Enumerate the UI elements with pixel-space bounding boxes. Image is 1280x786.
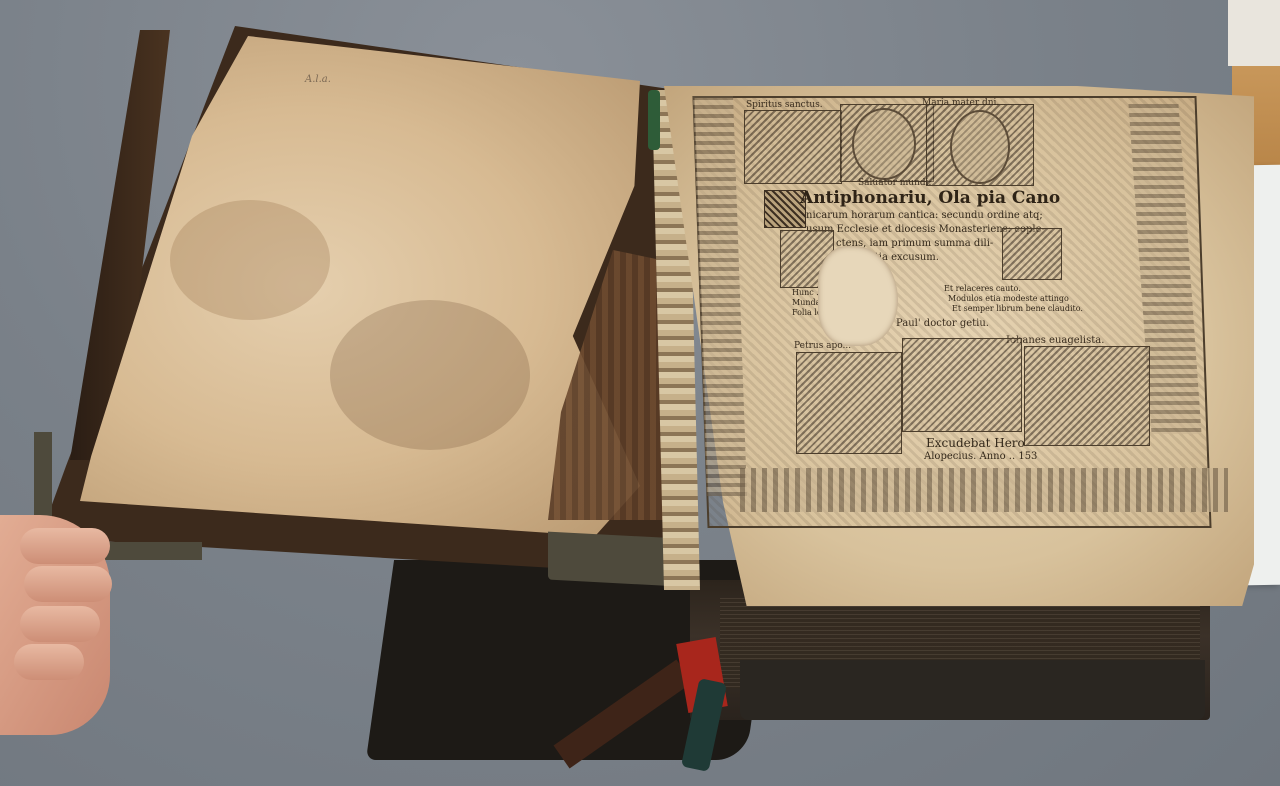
finger-little: [14, 644, 84, 680]
finger-ring: [20, 606, 100, 642]
handwritten-note: A.l.a.: [305, 74, 331, 85]
woodcut-paul-arch: [902, 338, 1022, 432]
woodcut-holy-spirit: [744, 110, 842, 184]
ornament-border-bottom: [740, 468, 1228, 512]
woodcut-john: [1024, 346, 1150, 446]
title-line-1: nicarum horarum cantica: secundu ordine …: [806, 210, 1043, 221]
woodcut-peter: [796, 352, 902, 454]
finger-index: [20, 528, 110, 564]
label-peter: Petrus apo...: [794, 341, 851, 351]
label-saluator-mundi: Saluator mundi.: [858, 178, 931, 188]
woodcut-small-right: [1002, 228, 1062, 280]
label-paul: Paul' doctor getiu.: [896, 318, 989, 329]
saviour-oval: [852, 108, 916, 180]
tear-stain: [330, 300, 530, 450]
back-cover: [740, 660, 1205, 720]
verse-right-1: Et relaceres cauto.: [944, 284, 1021, 293]
verse-right-2: Modulos etia modeste attingo: [948, 294, 1069, 303]
mary-oval: [950, 110, 1010, 184]
green-thread: [648, 90, 660, 150]
imprint-line-2: Alopecius. Anno .. 153: [924, 451, 1037, 462]
label-maria-mater: Maria mater dni.: [922, 98, 999, 108]
book-title: Antiphonariu, Ola pia Cano: [800, 188, 1060, 208]
imprint-line-1: Excudebat Hero: [926, 436, 1025, 450]
wall: [1228, 0, 1280, 66]
metal-corner-bottom-right: [548, 532, 678, 587]
label-spiritus-sanctus: Spiritus sanctus.: [746, 100, 823, 110]
verse-right-3: Et semper librum bene claudito.: [952, 304, 1083, 313]
water-stain: [170, 200, 330, 320]
finger-middle: [24, 566, 112, 602]
